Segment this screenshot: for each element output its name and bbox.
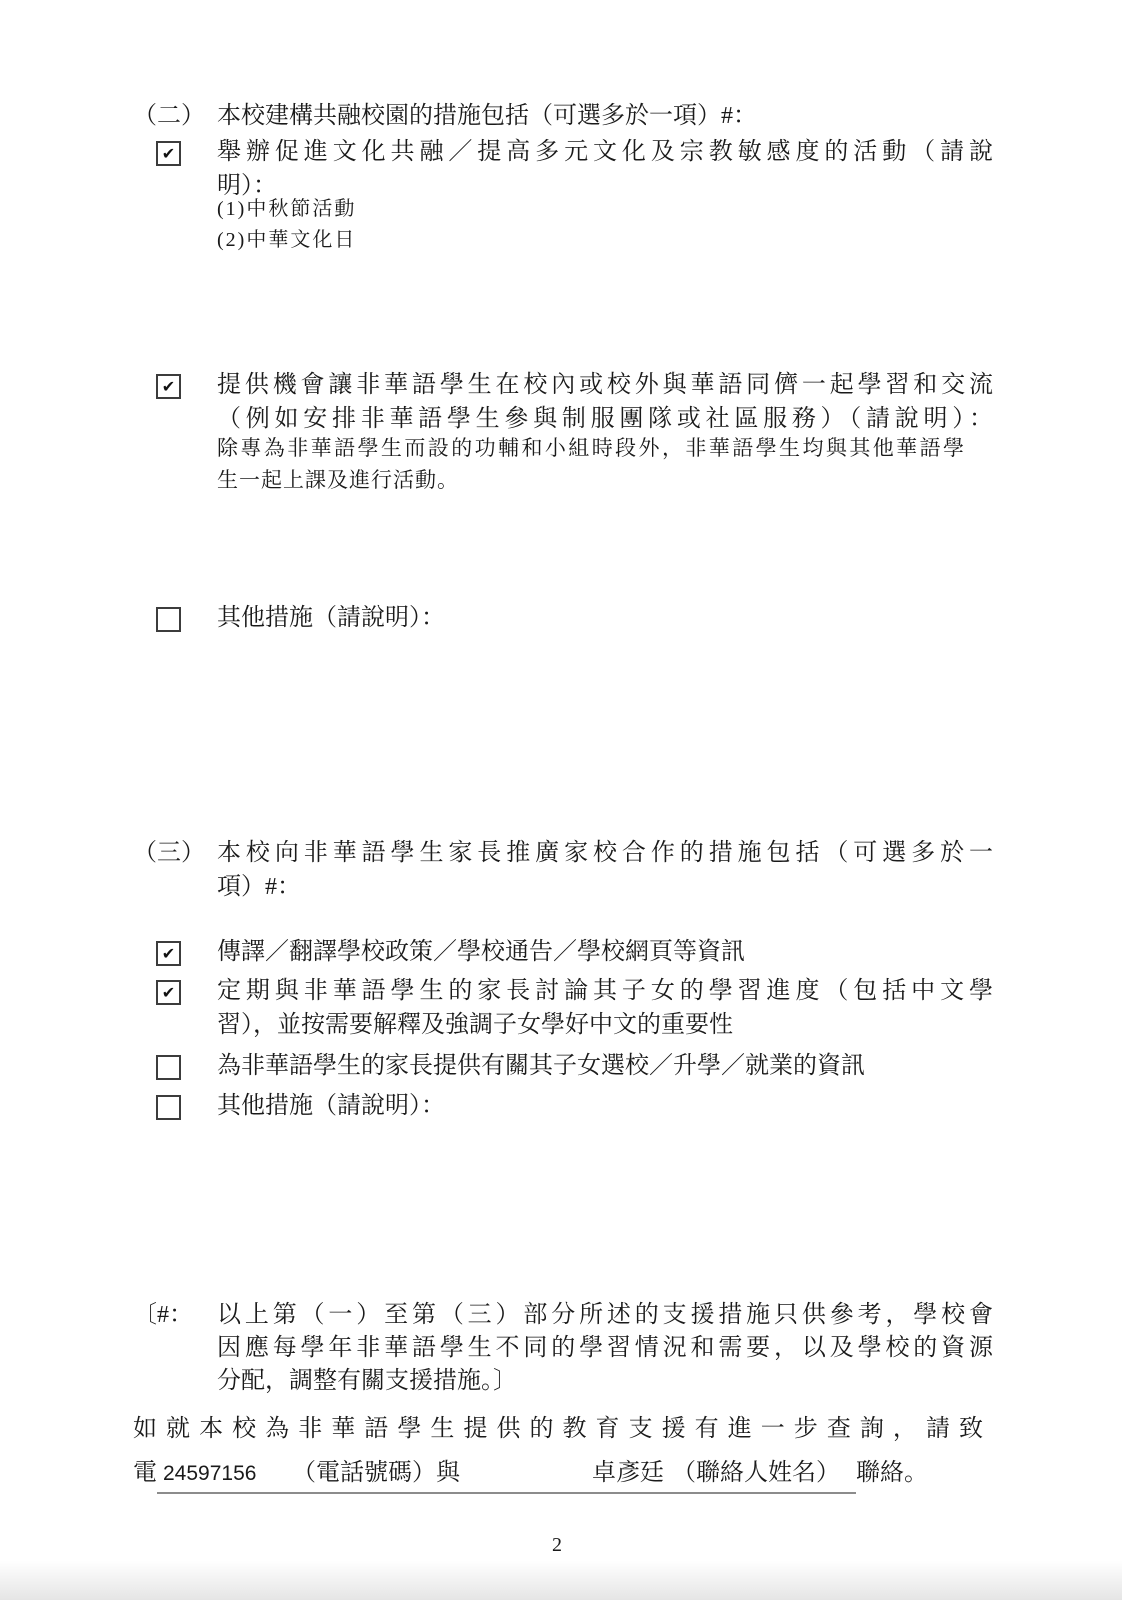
contact-name-field-label: （聯絡人姓名） <box>672 1452 840 1487</box>
checkmark-icon: ✔ <box>162 144 175 163</box>
item-line: 舉辦促進文化共融／提高多元文化及宗教敏感度的活動（請說 <box>217 135 993 169</box>
item-line: 提供機會讓非華語學生在校內或校外與華語同儕一起學習和交流 <box>217 368 993 402</box>
section-2-item-1: 舉辦促進文化共融／提高多元文化及宗教敏感度的活動（請說 明）： <box>217 135 993 203</box>
footnote-line: 以上第（一）至第（三）部分所述的支援措施只供參考，學校會 <box>217 1299 993 1332</box>
section-3-label: （三） <box>133 836 205 870</box>
contact-suffix: 聯絡。 <box>856 1452 928 1487</box>
checkmark-icon: ✔ <box>162 377 175 396</box>
note-line: 除專為非華語學生而設的功輔和小組時段外，非華語學生均與其他華語學 <box>217 432 965 464</box>
checkbox-activities[interactable]: ✔ <box>156 141 181 166</box>
section-3-item-1: 傳譯／翻譯學校政策／學校通告／學校網頁等資訊 <box>217 935 745 969</box>
heading-line: 本校向非華語學生家長推廣家校合作的措施包括（可選多於一 <box>217 836 993 870</box>
section-2-label: （二） <box>133 99 205 133</box>
checkbox-peer-learning[interactable]: ✔ <box>156 374 181 399</box>
note-line: (2)中華文化日 <box>217 225 356 256</box>
contact-prefix: 電 <box>133 1452 157 1487</box>
item-line: （例如安排非華語學生參與制服團隊或社區服務）（請說明）： <box>217 402 993 436</box>
checkbox-school-info[interactable] <box>156 1055 181 1080</box>
section-3-item-4: 其他措施（請說明）： <box>217 1089 445 1123</box>
phone-field-label: （電話號碼）與 <box>292 1452 460 1487</box>
checkmark-icon: ✔ <box>162 944 175 963</box>
item-line: 定期與非華語學生的家長討論其子女的學習進度（包括中文學 <box>217 974 993 1008</box>
section-3-item-3: 為非華語學生的家長提供有關其子女選校／升學／就業的資訊 <box>217 1049 865 1083</box>
checkbox-other-measures-s2[interactable] <box>156 607 181 632</box>
contact-name-field[interactable]: 卓彥廷 （聯絡人姓名） <box>460 1452 856 1494</box>
item-line: 習），並按需要解釋及強調子女學好中文的重要性 <box>217 1008 993 1042</box>
footnote: 以上第（一）至第（三）部分所述的支援措施只供參考，學校會 因應每學年非華語學生不… <box>217 1299 993 1398</box>
checkbox-translation[interactable]: ✔ <box>156 941 181 966</box>
section-2-heading: 本校建構共融校園的措施包括（可選多於一項）#： <box>217 99 757 133</box>
phone-value: 24597156 <box>163 1462 256 1486</box>
checkmark-icon: ✔ <box>162 983 175 1002</box>
section-3-heading: 本校向非華語學生家長推廣家校合作的措施包括（可選多於一 項）#： <box>217 836 993 904</box>
section-2-item-3: 其他措施（請說明）： <box>217 601 445 635</box>
checkbox-other-measures-s3[interactable] <box>156 1095 181 1120</box>
document-page: （二） 本校建構共融校園的措施包括（可選多於一項）#： ✔ 舉辦促進文化共融／提… <box>0 0 1122 1600</box>
note-line: 生一起上課及進行活動。 <box>217 464 965 496</box>
footnote-line: 分配，調整有關支援措施。〕 <box>217 1365 993 1398</box>
checkbox-parent-meetings[interactable]: ✔ <box>156 980 181 1005</box>
section-2-item-1-notes: (1)中秋節活動 (2)中華文化日 <box>217 194 356 256</box>
footnote-line: 因應每學年非華語學生不同的學習情況和需要，以及學校的資源 <box>217 1332 993 1365</box>
contact-line-1: 如就本校為非華語學生提供的教育支援有進一步查詢，請致 <box>133 1412 983 1446</box>
contact-name-value: 卓彥廷 <box>592 1452 664 1487</box>
footnote-label: 〔#： <box>133 1299 193 1332</box>
heading-line: 項）#： <box>217 870 993 904</box>
note-line: (1)中秋節活動 <box>217 194 356 225</box>
section-2-item-2: 提供機會讓非華語學生在校內或校外與華語同儕一起學習和交流 （例如安排非華語學生參… <box>217 368 993 436</box>
section-3-item-2: 定期與非華語學生的家長討論其子女的學習進度（包括中文學 習），並按需要解釋及強調… <box>217 974 993 1042</box>
phone-field[interactable]: 24597156 （電話號碼）與 <box>157 1452 460 1494</box>
page-number: 2 <box>552 1534 562 1557</box>
contact-line-2: 電 24597156 （電話號碼）與 卓彥廷 （聯絡人姓名） 聯絡。 <box>133 1452 928 1494</box>
section-2-item-2-notes: 除專為非華語學生而設的功輔和小組時段外，非華語學生均與其他華語學 生一起上課及進… <box>217 432 965 496</box>
